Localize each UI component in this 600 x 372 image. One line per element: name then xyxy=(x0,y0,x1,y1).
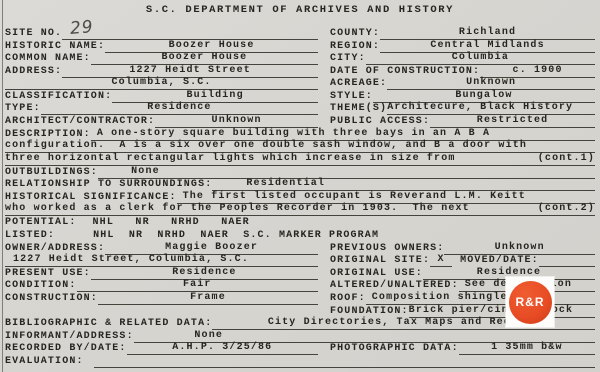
common-name-label: COMMON NAME: xyxy=(5,53,91,65)
architect-value: Unknown xyxy=(155,115,318,128)
field-construction: CONSTRUCTION: Frame xyxy=(5,292,330,305)
informant-label: INFORMANT/ADDRESS: xyxy=(5,331,134,343)
field-city: CITY: Columbia xyxy=(330,52,595,65)
field-roof: ROOF: Composition shingles xyxy=(330,292,595,305)
field-acreage: ACREAGE: Unknown xyxy=(330,77,595,90)
style-value: Bungalow xyxy=(373,90,595,103)
rr-logo-text: R&R xyxy=(516,295,545,309)
field-original-site: ORIGINAL SITE: X MOVED/DATE: xyxy=(330,254,595,267)
field-themes: THEME(S) Architecure, Black History xyxy=(330,102,595,115)
informant-line xyxy=(284,330,595,343)
themes-label: THEME(S) xyxy=(330,103,387,115)
original-site-value: X xyxy=(430,254,452,267)
address-value: 1227 Heidt Street xyxy=(62,65,318,78)
field-present-use: PRESENT USE: Residence xyxy=(5,267,330,280)
classification-value: Building xyxy=(112,90,318,103)
field-architect: ARCHITECT/CONTRACTOR: Unknown xyxy=(5,115,330,128)
roof-label: ROOF: xyxy=(330,293,366,305)
city-value: Columbia xyxy=(366,52,595,65)
listed-label: LISTED: xyxy=(5,230,55,242)
row-recorded-photo: RECORDED BY/DATE: A.H.P. 3/25/86 PHOTOGR… xyxy=(5,342,595,355)
foundation-value: Brick pier/cinder block xyxy=(409,305,595,318)
row-description-1: DESCRIPTION: A one-story square building… xyxy=(5,128,595,141)
row-architect-access: ARCHITECT/CONTRACTOR: Unknown PUBLIC ACC… xyxy=(5,115,595,128)
field-site-no: SITE NO. xyxy=(5,28,330,40)
field-county: COUNTY: Richland xyxy=(330,27,595,40)
field-region: REGION: Central Midlands xyxy=(330,40,595,53)
informant-value: None xyxy=(134,330,284,343)
city-label: CITY: xyxy=(330,53,366,65)
relationship-label: RELATIONSHIP TO SURROUNDINGS: xyxy=(5,179,212,191)
address-value2: Columbia, S.C. xyxy=(5,77,318,90)
relationship-value: Residential xyxy=(212,178,595,191)
present-use-label: PRESENT USE: xyxy=(5,268,91,280)
common-name-value: Boozer House xyxy=(91,52,318,65)
address-label: ADDRESS: xyxy=(5,66,62,78)
field-altered: ALTERED/UNALTERED: See description xyxy=(330,279,595,292)
present-use-value: Residence xyxy=(91,267,318,280)
rr-logo-circle: R&R xyxy=(509,281,552,324)
field-common-name: COMMON NAME: Boozer House xyxy=(5,52,330,65)
county-label: COUNTY: xyxy=(330,28,380,40)
photographic-data-value: 1 35mm b&w xyxy=(459,342,595,355)
row-type-themes: TYPE: Residence THEME(S) Architecure, Bl… xyxy=(5,102,595,115)
style-label: STYLE: xyxy=(330,91,373,103)
field-owner-address2: 1227 Heidt Street, Columbia, S.C. xyxy=(5,254,330,267)
recorded-by-value: A.H.P. 3/25/86 xyxy=(127,342,318,355)
row-description-3: three horizontal rectangular lights whic… xyxy=(5,153,595,166)
row-commonname-city: COMMON NAME: Boozer House CITY: Columbia xyxy=(5,52,595,65)
owner-address2-value: 1227 Heidt Street, Columbia, S.C. xyxy=(5,254,318,267)
architect-label: ARCHITECT/CONTRACTOR: xyxy=(5,116,155,128)
significance-line2-wrap: who worked as a clerk for the Peoples Re… xyxy=(5,203,595,216)
row-listed: LISTED: NHL NR NRHD NAER S.C. MARKER PRO… xyxy=(5,229,595,242)
field-address: ADDRESS: 1227 Heidt Street xyxy=(5,65,330,78)
evaluation-label: EVALUATION: xyxy=(5,356,84,368)
moved-date-value xyxy=(539,255,595,267)
outbuildings-value: None xyxy=(98,166,193,179)
listed-items: NHL NR NRHD NAER S.C. MARKER PROGRAM xyxy=(93,230,379,242)
field-owner: OWNER/ADDRESS: Maggie Boozer xyxy=(5,242,330,255)
previous-owners-label: PREVIOUS OWNERS: xyxy=(330,243,444,255)
row-owneraddr2-originalsite: 1227 Heidt Street, Columbia, S.C. ORIGIN… xyxy=(5,254,595,267)
field-historic-name: HISTORIC NAME: Boozer House xyxy=(5,40,330,53)
original-use-label: ORIGINAL USE: xyxy=(330,268,423,280)
field-photographic-data: PHOTOGRAPHIC DATA: 1 35mm b&w xyxy=(330,342,595,355)
bibliographic-label: BIBLIOGRAPHIC & RELATED DATA: xyxy=(5,318,212,330)
county-value: Richland xyxy=(380,27,595,40)
site-no-handwritten-value: 29 xyxy=(69,17,94,39)
public-access-value: Restricted xyxy=(430,115,595,128)
potential-items: NHL NR NRHD NAER xyxy=(93,217,250,229)
date-of-construction-value: c. 1900 xyxy=(480,65,595,78)
description-line3: three horizontal rectangular lights whic… xyxy=(5,153,456,165)
row-significance-2: who worked as a clerk for the Peoples Re… xyxy=(5,203,595,216)
themes-value: Architecure, Black History xyxy=(387,102,595,115)
field-condition: CONDITION: Fair xyxy=(5,279,330,292)
description-cont-marker: (cont.1) xyxy=(538,153,595,165)
site-no-line xyxy=(62,28,318,40)
construction-label: CONSTRUCTION: xyxy=(5,293,98,305)
altered-label: ALTERED/UNALTERED: xyxy=(330,280,459,292)
description-line3-wrap: three horizontal rectangular lights whic… xyxy=(5,153,595,166)
significance-line2: who worked as a clerk for the Peoples Re… xyxy=(5,203,470,215)
field-public-access: PUBLIC ACCESS: Restricted xyxy=(330,115,595,128)
row-address2-acreage: Columbia, S.C. ACREAGE: Unknown xyxy=(5,77,595,90)
field-original-use: ORIGINAL USE: Residence xyxy=(330,267,595,280)
construction-value: Frame xyxy=(98,292,318,305)
region-label: REGION: xyxy=(330,41,380,53)
row-outbuildings: OUTBUILDINGS: None xyxy=(5,166,595,179)
date-of-construction-label: DATE OF CONSTRUCTION: xyxy=(330,66,480,78)
field-recorded-by: RECORDED BY/DATE: A.H.P. 3/25/86 xyxy=(5,342,330,355)
field-date-of-construction: DATE OF CONSTRUCTION: c. 1900 xyxy=(330,65,595,78)
field-type: TYPE: Residence xyxy=(5,102,330,115)
scan-edge-line xyxy=(2,0,3,372)
potential-label: POTENTIAL: xyxy=(5,217,77,229)
field-classification: CLASSIFICATION: Building xyxy=(5,90,330,103)
significance-cont-marker: (cont.2) xyxy=(538,203,595,215)
outbuildings-line xyxy=(193,166,595,179)
row-classification-style: CLASSIFICATION: Building STYLE: Bungalow xyxy=(5,90,595,103)
outbuildings-label: OUTBUILDINGS: xyxy=(5,167,98,179)
public-access-label: PUBLIC ACCESS: xyxy=(330,116,430,128)
field-foundation: FOUNDATION: Brick pier/cinder block xyxy=(330,305,595,318)
row-evaluation: EVALUATION: xyxy=(5,355,595,368)
condition-value: Fair xyxy=(77,279,318,292)
moved-date-label: MOVED/DATE: xyxy=(460,255,539,267)
description-line1: A one-story square building with three b… xyxy=(91,128,595,141)
site-no-label: SITE NO. xyxy=(5,28,62,40)
page-title: S.C. DEPARTMENT OF ARCHIVES AND HISTORY xyxy=(0,4,600,16)
row-significance-1: HISTORICAL SIGNIFICANCE: The first liste… xyxy=(5,191,595,204)
photographic-data-label: PHOTOGRAPHIC DATA: xyxy=(330,343,459,355)
region-value: Central Midlands xyxy=(380,40,595,53)
historic-name-label: HISTORIC NAME: xyxy=(5,41,105,53)
row-description-2: configuration. A is a six over one doubl… xyxy=(5,140,595,153)
recorded-by-label: RECORDED BY/DATE: xyxy=(5,343,127,355)
acreage-value: Unknown xyxy=(387,77,595,90)
rr-watermark-logo: R&R xyxy=(506,277,554,327)
significance-line1: The first listed occupant is Reverand L.… xyxy=(177,191,595,204)
archives-survey-form: S.C. DEPARTMENT OF ARCHIVES AND HISTORY … xyxy=(0,0,600,372)
condition-label: CONDITION: xyxy=(5,280,77,292)
type-value: Residence xyxy=(41,102,318,115)
field-style: STYLE: Bungalow xyxy=(330,90,595,103)
type-label: TYPE: xyxy=(5,103,41,115)
roof-value: Composition shingles xyxy=(366,292,595,305)
row-owner-prevowners: OWNER/ADDRESS: Maggie Boozer PREVIOUS OW… xyxy=(5,242,595,255)
description-line2: configuration. A is a six over one doubl… xyxy=(5,140,595,153)
description-label: DESCRIPTION: xyxy=(5,129,91,141)
owner-label: OWNER/ADDRESS: xyxy=(5,243,105,255)
foundation-label: FOUNDATION: xyxy=(330,306,409,318)
row-historicname-region: HISTORIC NAME: Boozer House REGION: Cent… xyxy=(5,40,595,53)
row-relationship: RELATIONSHIP TO SURROUNDINGS: Residentia… xyxy=(5,178,595,191)
previous-owners-value: Unknown xyxy=(444,242,595,255)
classification-label: CLASSIFICATION: xyxy=(5,91,112,103)
acreage-label: ACREAGE: xyxy=(330,78,387,90)
row-informant: INFORMANT/ADDRESS: None xyxy=(5,330,595,343)
field-address-line2: Columbia, S.C. xyxy=(5,77,330,90)
evaluation-value xyxy=(94,356,595,368)
row-address-construction: ADDRESS: 1227 Heidt Street DATE OF CONST… xyxy=(5,65,595,78)
field-previous-owners: PREVIOUS OWNERS: Unknown xyxy=(330,242,595,255)
historic-name-value: Boozer House xyxy=(105,40,318,53)
significance-label: HISTORICAL SIGNIFICANCE: xyxy=(5,192,177,204)
original-site-label: ORIGINAL SITE: xyxy=(330,255,430,267)
owner-value: Maggie Boozer xyxy=(105,242,318,255)
row-potential: POTENTIAL: NHL NR NRHD NAER xyxy=(5,216,595,229)
